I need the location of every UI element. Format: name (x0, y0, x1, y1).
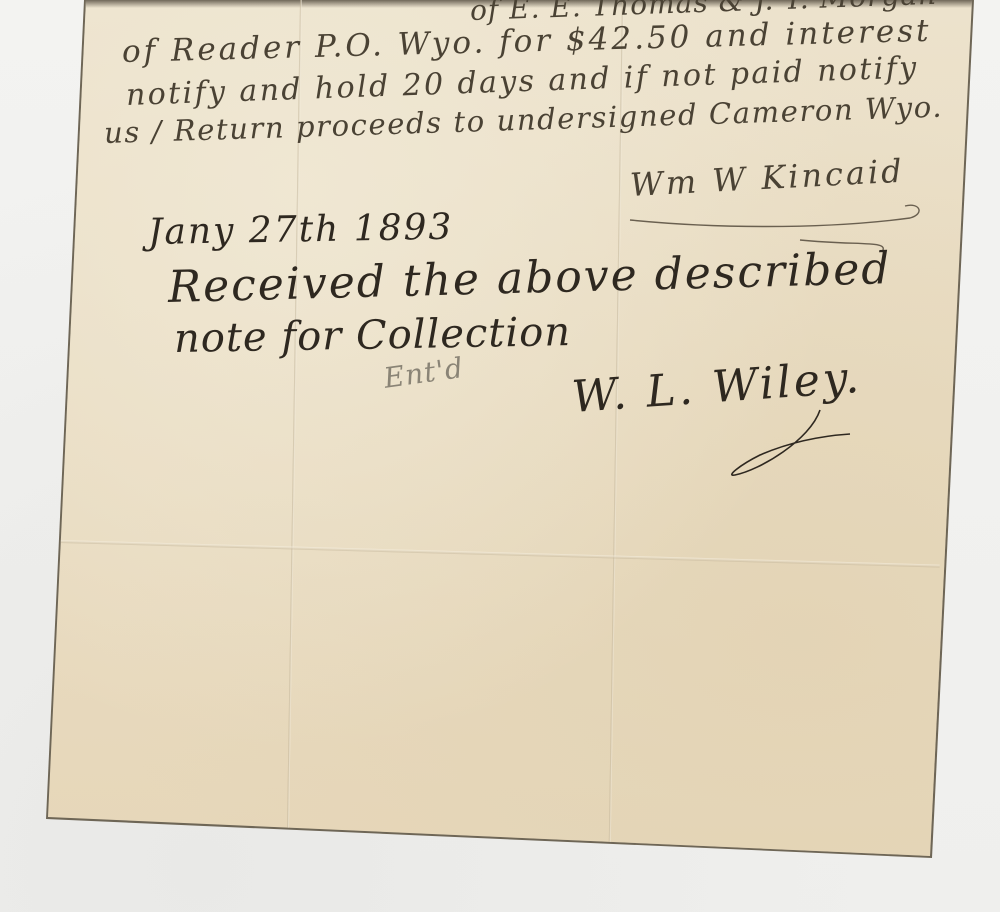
paper-sheet: of E. E. Thomas & J. T. Morgan of Reader… (0, 0, 1000, 912)
fold-line-horizontal (60, 540, 940, 568)
kincaid-signature: Wm W Kincaid (629, 152, 906, 204)
receipt-line-2: note for Collection (174, 309, 572, 362)
receipt-date: Jany 27th 1893 (148, 207, 454, 253)
wiley-signature-descender (720, 400, 860, 490)
receipt-line-1: Received the above described (167, 243, 892, 313)
